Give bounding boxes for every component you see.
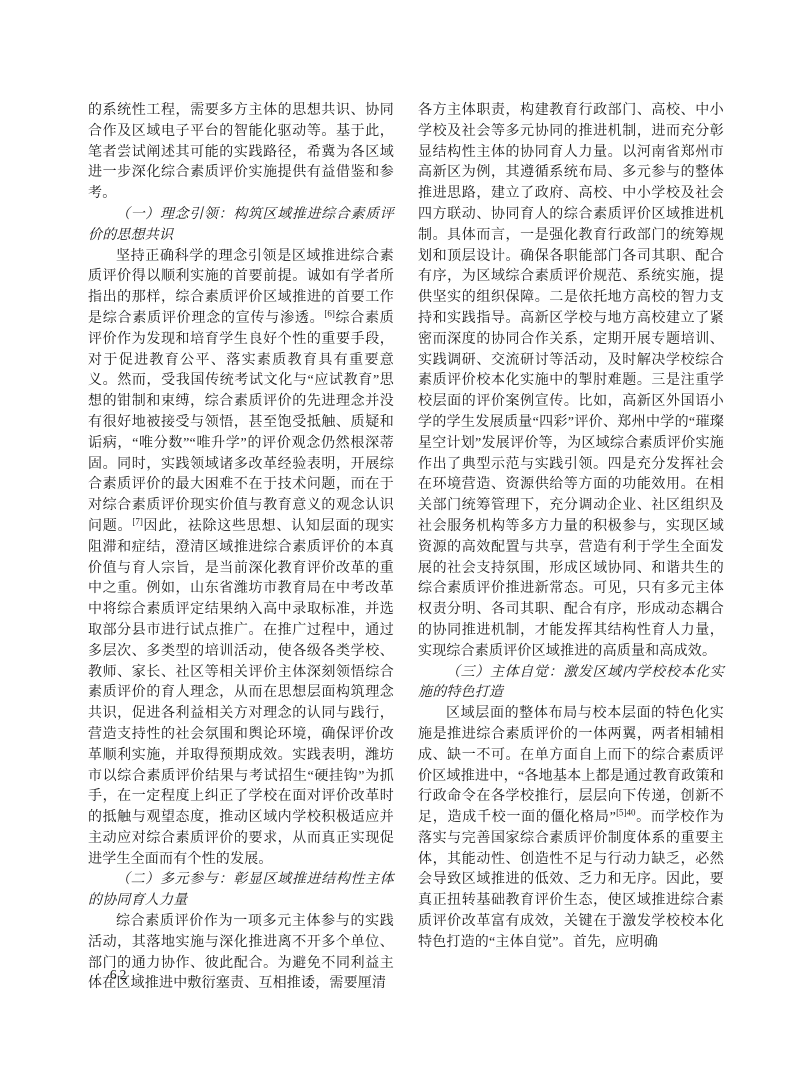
text-run: 。而学校作为落实与完善国家综合素质评价制度体系的重要主体，其能动性、创造性不足与… xyxy=(418,810,724,950)
text-run: 区域层面的整体布局与校本层面的特色化实施是推进综合素质评价的一体两翼，两者相辅相… xyxy=(418,706,724,825)
section-heading: （一）理念引领：构筑区域推进综合素质评价的思想共识 xyxy=(88,205,394,247)
text-run: 各方主体职责，构建教育行政部门、高校、中小学校及社会等多元协同的推进机制，进而充… xyxy=(418,103,724,659)
heading-text: （三）主体自觉：激发区域内学校校本化实施的特色打造 xyxy=(418,665,724,701)
paragraph: 坚持正确科学的理念引领是区域推进综合素质评价得以顺利实施的首要前提。诚如有学者所… xyxy=(88,247,394,871)
heading-text: （一）理念引领：构筑区域推进综合素质评价的思想共识 xyxy=(88,207,394,243)
citation-ref: [5]40 xyxy=(616,807,636,817)
page-number: · 62 · xyxy=(96,967,143,983)
text-run: 的系统性工程，需要多方主体的思想共识、协同合作及区域电子平台的智能化驱动等。基于… xyxy=(88,103,394,201)
text-column-left: 的系统性工程，需要多方主体的思想共识、协同合作及区域电子平台的智能化驱动等。基于… xyxy=(88,101,394,995)
citation-ref: [6] xyxy=(324,308,335,318)
paper-page: 的系统性工程，需要多方主体的思想共识、协同合作及区域电子平台的智能化驱动等。基于… xyxy=(0,0,800,1077)
paragraph: 的系统性工程，需要多方主体的思想共识、协同合作及区域电子平台的智能化驱动等。基于… xyxy=(88,101,394,205)
text-run: 因此，祛除这些思想、认知层面的现实阻滞和症结，澄清区域推进综合素质评价的本真价值… xyxy=(88,519,394,867)
paragraph: 区域层面的整体布局与校本层面的特色化实施是推进综合素质评价的一体两翼，两者相辅相… xyxy=(418,704,724,954)
text-column-right: 各方主体职责，构建教育行政部门、高校、中小学校及社会等多元协同的推进机制，进而充… xyxy=(418,101,724,954)
heading-text: （二）多元参与：彰显区域推进结构性主体的协同育人力量 xyxy=(88,872,394,908)
paragraph: 各方主体职责，构建教育行政部门、高校、中小学校及社会等多元协同的推进机制，进而充… xyxy=(418,101,724,663)
section-heading: （三）主体自觉：激发区域内学校校本化实施的特色打造 xyxy=(418,663,724,705)
citation-ref: [7] xyxy=(132,516,143,526)
text-run: 综合素质评价作为发现和培育学生良好个性的重要手段，对于促进教育公平、落实素质教育… xyxy=(88,311,394,534)
section-heading: （二）多元参与：彰显区域推进结构性主体的协同育人力量 xyxy=(88,870,394,912)
